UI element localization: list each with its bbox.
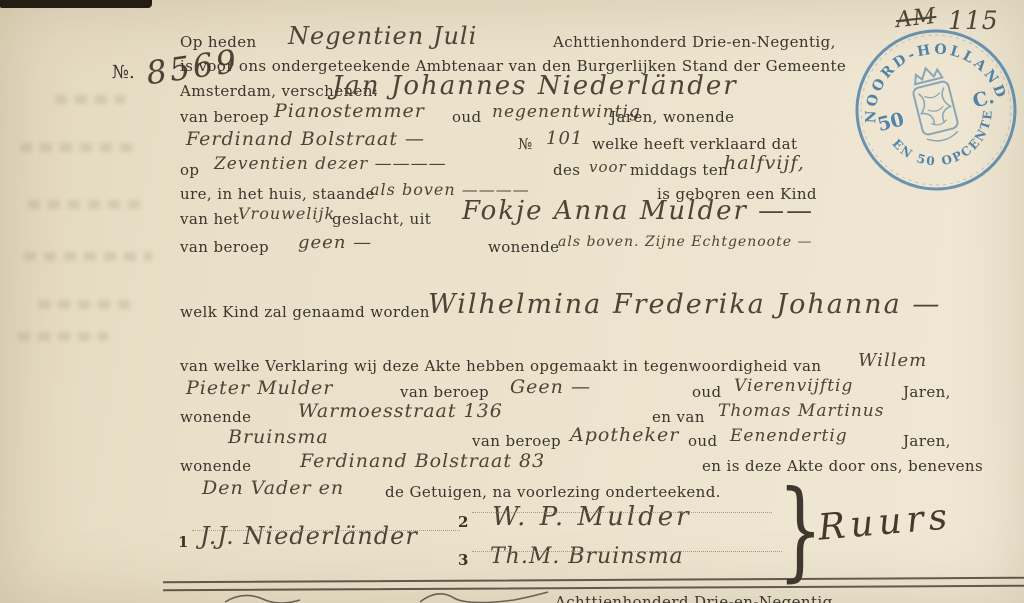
printed-van-het: van het [180, 210, 239, 228]
printed-wonende-4: wonende [180, 457, 251, 475]
stamp-coat-of-arms-icon [908, 64, 961, 145]
ink-bleedthrough [28, 200, 140, 209]
witness1-name: Pieter Mulder [186, 377, 333, 399]
printed-ure-huis: ure, in het huis, staande [180, 185, 375, 203]
printed-op: op [180, 161, 199, 179]
declarant-occupation: Pianostemmer [274, 100, 425, 122]
witness2-firstnames: Thomas Martinus [718, 401, 884, 421]
ink-bleedthrough [38, 300, 138, 309]
scan-edge-shadow [0, 0, 152, 8]
signature3-number: 3 [458, 551, 469, 569]
witness1-age: Vierenvijftig [734, 376, 853, 396]
signature3-line [472, 551, 782, 552]
declarant-name: Jan Johannes Niederländer [332, 71, 738, 101]
birth-time: halfvijf, [724, 152, 805, 174]
printed-declaration-clause: welke heeft verklaard dat [592, 135, 797, 153]
ink-bleedthrough [18, 332, 108, 341]
child-name: Wilhelmina Frederika Johanna — [428, 289, 941, 320]
printed-jaren-2: Jaren, [903, 432, 951, 450]
printed-van-beroep-2: van beroep [180, 238, 269, 256]
signature-father: J.J. Niederländer [200, 522, 418, 550]
next-act-partial-handwriting [220, 588, 550, 603]
witness1-firstname: Willem [858, 350, 927, 371]
witness2-age: Eenendertig [730, 426, 848, 446]
witness1-occupation: Geen — [510, 376, 591, 398]
ink-bleedthrough [20, 143, 140, 152]
printed-oud-2: oud [692, 383, 722, 401]
printed-van-beroep-4: van beroep [472, 432, 561, 450]
ink-bleedthrough [55, 95, 125, 104]
birth-certificate-scan: AM 115 №. 8569 NOORD-HOLLAND EN 50 OPCEN… [0, 0, 1024, 603]
declarant-street: Ferdinand Bolstraat — [186, 128, 425, 150]
revenue-stamp: NOORD-HOLLAND EN 50 OPCENTEN 50 C. [832, 6, 1024, 215]
stamp-value-50: 50 [875, 108, 906, 136]
mother-name: Fokje Anna Mulder —— [462, 196, 814, 226]
signature2-line [472, 512, 772, 513]
printed-jaren-1: Jaren, [903, 383, 951, 401]
declarant-house-number: 101 [546, 128, 583, 149]
date-of-registration: Negentien Juli [288, 22, 477, 50]
act-number-label: №. [112, 62, 135, 83]
mother-residence: als boven. Zijne Echtgenoote — [558, 234, 812, 250]
birth-day: Zeventien dezer ———— [214, 154, 447, 174]
printed-des: des [553, 161, 580, 179]
mother-occupation: geen — [298, 232, 372, 253]
printed-wonende-3: wonende [180, 408, 251, 426]
printed-van-beroep-3: van beroep [400, 383, 489, 401]
signature-witness2: Th.M. Bruinsma [490, 544, 684, 569]
printed-verklaring-clause: van welke Verklaring wij deze Akte hebbe… [180, 357, 821, 375]
signature1-number: 1 [178, 533, 189, 551]
printed-op-heden: Op heden [180, 33, 257, 51]
printed-wonende-2: wonende [488, 238, 559, 256]
printed-no-symbol: № [518, 135, 533, 153]
printed-akte-door-ons: en is deze Akte door ons, benevens [702, 457, 983, 475]
signature-registrar: Ruurs [816, 496, 953, 549]
printed-voorlezing-clause: de Getuigen, na voorlezing onderteekend. [385, 483, 721, 501]
inserted-den-vader-en: Den Vader en [202, 477, 344, 499]
signature1-line [192, 530, 460, 531]
printed-jaren-wonende: Jaren, wonende [610, 108, 734, 126]
signature-witness1: W. P. Mulder [492, 502, 692, 532]
signature-brace: } [778, 468, 823, 593]
birth-daypart: voor [589, 158, 627, 176]
printed-middags-ten: middags ten [630, 161, 728, 179]
printed-geslacht-uit: geslacht, uit [332, 210, 431, 228]
printed-genaamd-worden: welk Kind zal genaamd worden [180, 303, 430, 321]
printed-van-beroep: van beroep [180, 108, 269, 126]
printed-year: Achttienhonderd Drie-en-Negentig, [553, 33, 836, 51]
witness2-address: Ferdinand Bolstraat 83 [300, 450, 545, 472]
printed-oud: oud [452, 108, 482, 126]
witness2-name: Bruinsma [228, 426, 329, 448]
witness2-occupation: Apotheker [570, 424, 679, 446]
child-gender: Vrouwelijk [238, 204, 335, 223]
witness1-address: Warmoesstraat 136 [298, 400, 503, 422]
next-act-partial-text: Achttienhonderd Drie-en-Negentig, [555, 593, 838, 603]
printed-oud-3: oud [688, 432, 718, 450]
signature2-number: 2 [458, 513, 469, 531]
ink-bleedthrough [24, 252, 152, 261]
